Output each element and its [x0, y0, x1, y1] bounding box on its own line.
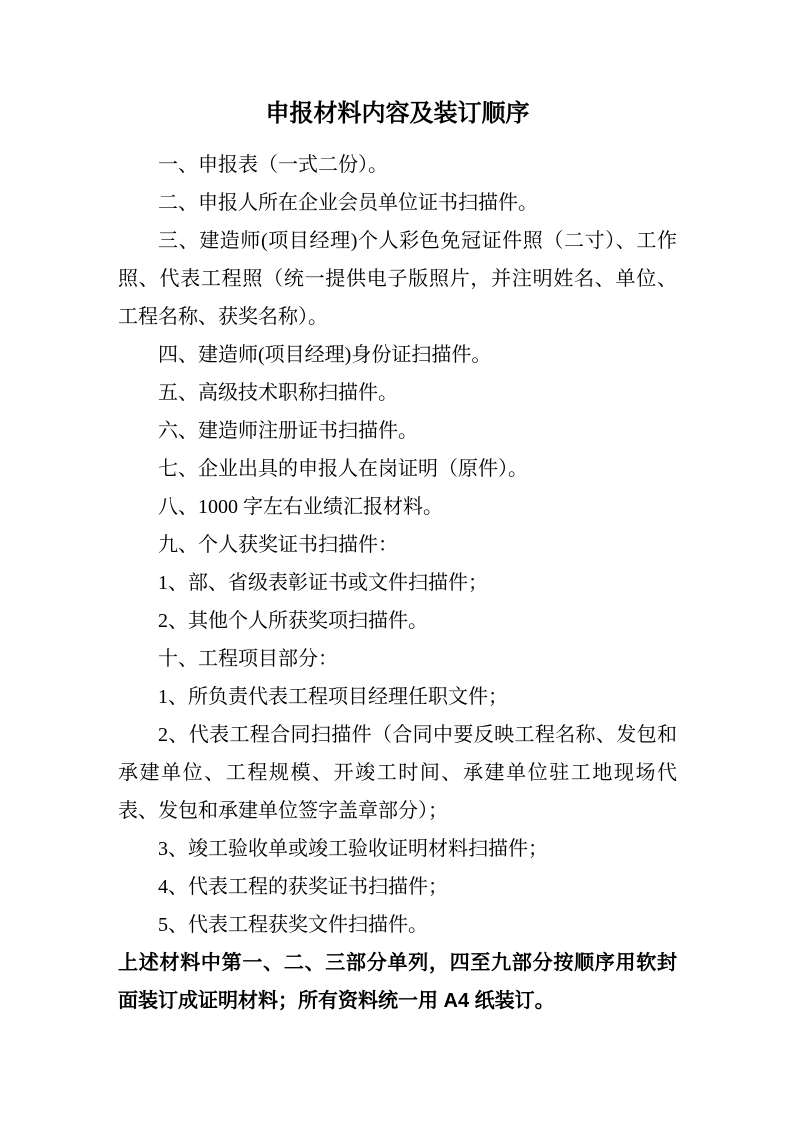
list-item-10-sub-1: 1、所负责代表工程项目经理任职文件； [118, 678, 677, 716]
list-item-8: 八、1000 字左右业绩汇报材料。 [118, 488, 677, 526]
list-item-6: 六、建造师注册证书扫描件。 [118, 412, 677, 450]
list-item-10-sub-5: 5、代表工程获奖文件扫描件。 [118, 906, 677, 944]
list-item-9-sub-2: 2、其他个人所获奖项扫描件。 [118, 602, 677, 640]
document-title: 申报材料内容及装订顺序 [118, 96, 677, 132]
list-item-10-sub-4: 4、代表工程的获奖证书扫描件； [118, 868, 677, 906]
list-item-5: 五、高级技术职称扫描件。 [118, 374, 677, 412]
list-item-9: 九、个人获奖证书扫描件： [118, 526, 677, 564]
list-item-7: 七、企业出具的申报人在岗证明（原件）。 [118, 450, 677, 488]
list-item-2: 二、申报人所在企业会员单位证书扫描件。 [118, 184, 677, 222]
list-item-3: 三、建造师(项目经理)个人彩色免冠证件照（二寸）、工作照、代表工程照（统一提供电… [118, 222, 677, 336]
document-page: 申报材料内容及装订顺序 一、申报表（一式二份）。 二、申报人所在企业会员单位证书… [0, 0, 794, 1123]
binding-note: 上述材料中第一、二、三部分单列，四至九部分按顺序用软封面装订成证明材料；所有资料… [118, 944, 677, 1020]
list-item-10: 十、工程项目部分： [118, 640, 677, 678]
list-item-4: 四、建造师(项目经理)身份证扫描件。 [118, 336, 677, 374]
list-item-9-sub-1: 1、部、省级表彰证书或文件扫描件； [118, 564, 677, 602]
list-item-1: 一、申报表（一式二份）。 [118, 146, 677, 184]
list-item-10-sub-3: 3、竣工验收单或竣工验收证明材料扫描件； [118, 830, 677, 868]
list-item-10-sub-2: 2、代表工程合同扫描件（合同中要反映工程名称、发包和承建单位、工程规模、开竣工时… [118, 716, 677, 830]
document-body: 一、申报表（一式二份）。 二、申报人所在企业会员单位证书扫描件。 三、建造师(项… [118, 146, 677, 1020]
